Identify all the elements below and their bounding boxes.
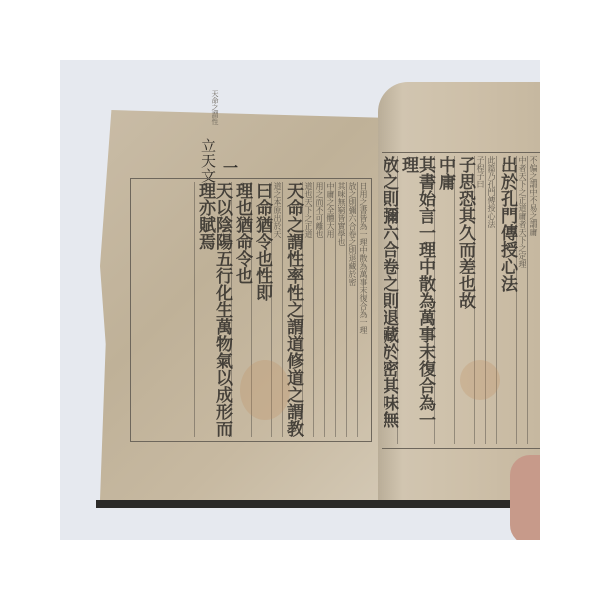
text-column: 道也天下之正道	[302, 182, 313, 437]
hand-finger	[510, 455, 540, 540]
book-photo: 天命之謂性 立天文 一 日用之書皆為一理中散為萬事末復合為一理 放之則彌六合卷之…	[60, 60, 540, 540]
text-column: 天以陰陽五行化生萬物氣以成形而理亦賦焉	[194, 182, 231, 437]
paper-stain	[240, 360, 290, 420]
text-column: 中庸之全體大用	[324, 182, 335, 437]
text-column: 放之則彌六合卷之則退藏於密	[346, 182, 357, 437]
text-column: 子程子曰	[474, 156, 485, 444]
text-column: 中庸	[434, 156, 454, 444]
text-column: 日用之書皆為一理中散為萬事末復合為一理	[357, 182, 368, 437]
text-column: 其書始言一理中散為萬事末復合為一理	[397, 156, 434, 444]
page-heading: 立天文	[198, 138, 219, 183]
text-column: 放之則彌六合卷之則退藏於密其味無窮	[384, 156, 397, 444]
text-column: 子思恐其久而差也故	[454, 156, 474, 444]
text-column: 不偏之謂中不易之謂庸	[527, 156, 538, 444]
text-column: 中者天下之正道庸者天下之定理	[516, 156, 527, 444]
text-column: 其味無窮皆實學也	[335, 182, 346, 437]
text-column: 此篇乃孔門傳授心法	[485, 156, 496, 444]
text-column: 用之而不可離也	[313, 182, 324, 437]
heading-mark: 一	[220, 160, 241, 175]
paper-stain	[460, 360, 500, 400]
margin-note: 天命之謂性	[210, 90, 220, 125]
right-text-columns: 不偏之謂中不易之謂庸 中者天下之正道庸者天下之定理 出於孔門傳授心法 此篇乃孔門…	[384, 156, 538, 444]
text-column: 出於孔門傳授心法	[496, 156, 516, 444]
book-cover-edge	[96, 500, 516, 508]
